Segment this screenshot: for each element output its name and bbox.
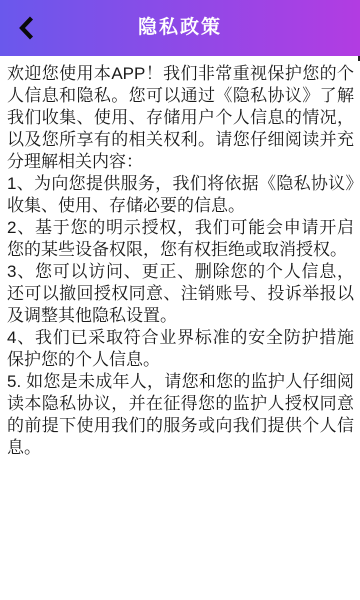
policy-item-1: 1、为向您提供服务，我们将依据《隐私协议》收集、使用、存储必要的信息。	[7, 173, 354, 217]
page-title: 隐私政策	[138, 0, 222, 56]
privacy-policy-content: 欢迎您使用本APP！我们非常重视保护您的个人信息和隐私。您可以通过《隐私协议》了…	[0, 56, 360, 459]
policy-item-3: 3、您可以访问、更正、删除您的个人信息，还可以撤回授权同意、注销账号、投诉举报以…	[7, 261, 354, 327]
policy-item-2: 2、基于您的明示授权，我们可能会申请开启您的某些设备权限，您有权拒绝或取消授权。	[7, 217, 354, 261]
intro-paragraph: 欢迎您使用本APP！我们非常重视保护您的个人信息和隐私。您可以通过《隐私协议》了…	[7, 63, 354, 173]
chevron-left-icon	[16, 15, 36, 41]
header: 隐私政策	[0, 0, 360, 56]
back-button[interactable]	[6, 0, 46, 56]
policy-item-4: 4、我们已采取符合业界标准的安全防护措施保护您的个人信息。	[7, 327, 354, 371]
policy-item-5: 5. 如您是未成年人，请您和您的监护人仔细阅读本隐私协议，并在征得您的监护人授权…	[7, 371, 354, 459]
